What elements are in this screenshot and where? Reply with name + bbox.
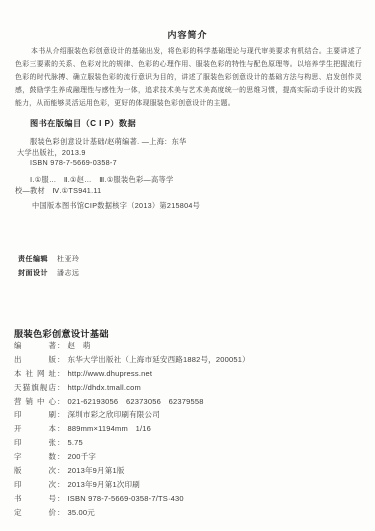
colophon-label: 开本: [14, 422, 56, 436]
colophon-value: http://www.dhupress.net: [68, 369, 153, 378]
colophon-label: 本社网址: [14, 367, 56, 381]
credit-label: 责任编辑: [18, 256, 48, 263]
colophon-value: 35.00元: [68, 508, 95, 517]
cip-isbn-line: ISBN 978-7-5669-0358-7: [30, 158, 117, 167]
colophon-colon: ：: [57, 452, 65, 461]
colophon-row-word-count: 字数：200千字: [14, 450, 364, 464]
colophon-label: 印刷: [14, 408, 56, 422]
colophon-value: 5.75: [68, 438, 83, 447]
intro-title: 内容简介: [0, 28, 375, 41]
colophon-colon: ：: [57, 480, 65, 489]
colophon-colon: ：: [57, 438, 65, 447]
colophon-value: 200千字: [68, 452, 97, 461]
colophon-colon: ：: [57, 494, 65, 503]
credit-row-editor: 责任编辑 杜亚玲: [18, 253, 79, 267]
colophon-row-edition: 版次：2013年9月第1版: [14, 464, 364, 478]
colophon-colon: ：: [57, 397, 65, 406]
colophon-row-publisher: 出版：东华大学出版社（上海市延安西路1882号，200051）: [14, 353, 364, 367]
credit-row-cover-design: 封面设计 潘志远: [18, 267, 79, 281]
colophon-label: 定价: [14, 506, 56, 520]
book-copyright-page: 内容简介 本书从介绍服装色彩创意设计的基础出发，将色彩的科学基础理论与现代审美要…: [0, 0, 375, 531]
colophon-colon: ：: [57, 410, 65, 419]
colophon-row-website: 本社网址：http://www.dhupress.net: [14, 367, 364, 381]
colophon-row-sheets: 印张：5.75: [14, 436, 364, 450]
credit-label: 封面设计: [18, 270, 48, 277]
cip-record-number: 中国版本图书馆CIP数据核字（2013）第215804号: [32, 201, 200, 211]
cip-classification-line2: 校—教材 Ⅳ.①TS941.11: [15, 186, 101, 196]
cip-classification-line1: Ⅰ.①服… Ⅱ.①赵… Ⅲ.①服装色彩—高等学: [30, 175, 173, 185]
colophon-row-author: 编著：赵 萌: [14, 339, 364, 353]
colophon-value: 赵 萌: [68, 341, 91, 350]
colophon-row-marketing-center: 营销中心：021-62193056 62373056 62379558: [14, 395, 364, 409]
colophon-row-impression: 印次：2013年9月第1次印刷: [14, 478, 364, 492]
colophon-value: 东华大学出版社（上海市延安西路1882号，200051）: [68, 355, 250, 364]
colophon-colon: ：: [57, 355, 65, 364]
credits-block: 责任编辑 杜亚玲 封面设计 潘志远: [18, 253, 79, 281]
colophon-colon: ：: [57, 508, 65, 517]
colophon-value: http://dhdx.tmall.com: [68, 383, 141, 392]
colophon-row-tmall-store: 天猫旗舰店：http://dhdx.tmall.com: [14, 381, 364, 395]
colophon-label: 印次: [14, 478, 56, 492]
cip-entry-line2: 大学出版社，2013.9: [17, 148, 86, 158]
colophon-row-format: 开本：889mm×1194mm 1/16: [14, 422, 364, 436]
cip-heading: 图书在版编目（C I P）数据: [30, 118, 136, 129]
credit-value: 杜亚玲: [57, 256, 80, 263]
colophon-label: 字数: [14, 450, 56, 464]
colophon-label: 出版: [14, 353, 56, 367]
colophon-label: 营销中心: [14, 395, 56, 409]
colophon-colon: ：: [57, 466, 65, 475]
colophon-value: 2013年9月第1版: [68, 466, 125, 475]
colophon-value: 深圳市彩之欣印刷有限公司: [68, 410, 160, 419]
colophon-row-printer: 印刷：深圳市彩之欣印刷有限公司: [14, 408, 364, 422]
colophon-value: ISBN 978-7-5669-0358-7/TS·430: [68, 494, 184, 503]
colophon-row-isbn: 书号：ISBN 978-7-5669-0358-7/TS·430: [14, 492, 364, 506]
colophon-colon: ：: [57, 369, 65, 378]
colophon-label: 编著: [14, 339, 56, 353]
credit-value: 潘志远: [57, 270, 80, 277]
colophon-colon: ：: [57, 341, 65, 350]
cip-entry-line1: 服装色彩创意设计基础/赵萌编著. —上海：东华: [30, 137, 187, 147]
colophon-book-title: 服装色彩创意设计基础: [14, 326, 109, 340]
colophon-value: 2013年9月第1次印刷: [68, 480, 140, 489]
colophon-label: 天猫旗舰店: [14, 381, 56, 395]
colophon-colon: ：: [57, 383, 65, 392]
colophon-label: 版次: [14, 464, 56, 478]
colophon-label: 书号: [14, 492, 56, 506]
colophon-label: 印张: [14, 436, 56, 450]
colophon-block: 编著：赵 萌 出版：东华大学出版社（上海市延安西路1882号，200051） 本…: [14, 339, 364, 520]
colophon-value: 889mm×1194mm 1/16: [68, 424, 152, 433]
intro-paragraph: 本书从介绍服装色彩创意设计的基础出发，将色彩的科学基础理论与现代审美要求有机结合…: [15, 45, 362, 110]
colophon-value: 021-62193056 62373056 62379558: [68, 397, 204, 406]
colophon-colon: ：: [57, 424, 65, 433]
colophon-row-price: 定价：35.00元: [14, 506, 364, 520]
